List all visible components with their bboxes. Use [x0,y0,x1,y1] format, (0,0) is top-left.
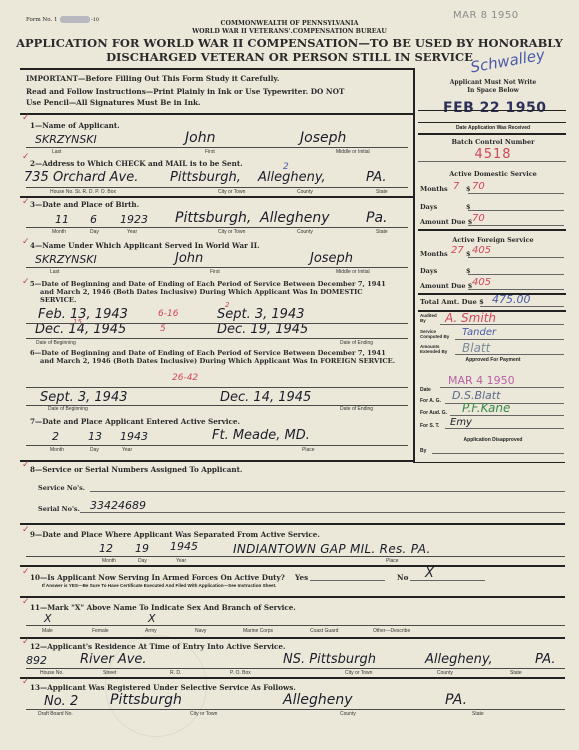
rule [468,289,564,290]
total-value: 475.00 [492,293,531,306]
caption: Month [50,447,64,453]
caption: City or Town [218,189,245,195]
extended-signature: Blatt [462,341,490,355]
caption: Middle or Initial [336,269,370,275]
domestic-note-1: 6-16 [158,309,178,319]
birth-state: Pa. [366,210,387,226]
dom-months-label: Months [420,185,448,193]
rule [26,147,408,148]
caption: First [205,149,215,155]
rule [455,354,564,355]
rule [26,227,408,228]
extended-label: Amounts Extended By [420,344,456,354]
embossed-seal [105,635,207,737]
birth-day: 6 [90,213,97,226]
dom-due-label: Amount Due $ [420,218,472,226]
dom-days-label: Days [420,203,437,211]
aud-g-signature: P.F.Kane [462,401,510,415]
rule [445,428,564,429]
section-5-label-cont: and March 2, 1946 (Both Dates Inclusive)… [40,288,363,296]
approved-date-label: Date [420,387,431,393]
rule [20,523,565,525]
dom-months-amount: 70 [472,181,485,192]
section-1-label: 1—Name of Applicant. [30,121,120,130]
for-due-value: 405 [472,277,491,288]
birth-month: 11 [55,213,69,226]
section-10-note: If Answer is YES—Be Sure To Have Certifi… [42,583,276,588]
check-mark-icon: ✓ [22,597,30,607]
domestic-begin-note-2: 15 [73,318,82,326]
caption: Year [127,229,137,235]
entered-place: Ft. Meade, MD. [212,428,310,443]
option-navy[interactable]: Navy [195,628,206,634]
for-due-label: Amount Due $ [420,282,472,290]
residence-county: Allegheny, [425,652,493,667]
caption: State [376,189,388,195]
agency-name: COMMONWEALTH OF PENNSYLVANIA [0,20,579,27]
draft-state: PA. [445,692,467,708]
computed-signature: Tander [462,327,496,338]
foreign-end: Dec. 14, 1945 [220,390,311,405]
caption: House No. [40,670,64,676]
rule [468,225,564,226]
foreign-note: 26-42 [172,373,198,383]
rule [480,306,564,307]
form-title: APPLICATION FOR WORLD WAR II COMPENSATIO… [0,36,579,50]
section-11-label: 11—Mark "X" Above Name To Indicate Sex A… [30,603,296,612]
check-mark-icon: ✓ [22,525,30,535]
check-mark-icon: ✓ [22,637,30,647]
rule [20,113,413,115]
section-10-label: 10—Is Applicant Now Serving In Armed For… [30,573,285,582]
rule [468,210,564,211]
rule [26,625,565,626]
rule [418,133,566,135]
caption: County [297,229,313,235]
service-numbers-label: Service No's. [38,484,85,492]
foreign-heading: Active Foreign Service [418,236,568,244]
draft-board-number: No. 2 [44,694,78,709]
army-mark: X [148,612,156,625]
check-mark-icon: ✓ [22,460,30,470]
mail-city: Pittsburgh, [170,170,241,185]
rule [432,453,564,454]
caption: Place [302,447,315,453]
caption: Date of Ending [340,340,373,346]
bureau-name: WORLD WAR II VETERANS'.COMPENSATION BURE… [0,28,579,35]
domestic-note-2: 5 [160,324,166,334]
rule [468,193,564,194]
separated-year: 1945 [170,540,198,553]
rule [418,110,566,111]
caption: Date of Ending [340,406,373,412]
service-last-name: SKRZYNSKI [35,253,97,266]
rule [468,257,564,258]
active-duty-yes-field[interactable] [310,580,385,581]
mail-state: PA. [366,170,386,185]
separated-month: 12 [99,542,113,555]
rule [26,323,408,324]
applicant-middle-name: Joseph [300,130,346,146]
approved-date-stamp: MAR 4 1950 [448,374,515,387]
section-8-label: 8—Service or Serial Numbers Assigned To … [30,465,242,474]
rule [26,445,408,446]
rule [26,556,565,557]
caption: First [210,269,220,275]
st-label: For S. T. [420,423,439,429]
aud-g-label: For Aud. G. [420,410,447,416]
option-female[interactable]: Female [92,628,109,634]
rule [26,267,408,268]
check-mark-icon: ✓ [22,237,30,247]
caption: Date of Beginning [48,406,88,412]
option-other[interactable]: Other—Describe [373,628,410,634]
computed-label: Service Computed By [420,329,456,339]
rule [26,709,565,710]
service-middle-name: Joseph [310,251,353,266]
option-marine-corps[interactable]: Marine Corps [243,628,273,634]
separated-place: INDIANTOWN GAP MIL. Res. PA. [233,542,431,556]
approved-heading: Approved For Payment [418,357,568,363]
total-label: Total Amt. Due $ [420,298,484,306]
section-2-label: 2—Address to Which CHECK and MAIL is to … [30,159,243,168]
section-6-label-cont: and March 2, 1946 (Both Dates Inclusive)… [40,357,395,365]
caption: Date of Beginning [36,340,76,346]
instructions-line-2: Read and Follow Instructions—Print Plain… [26,87,344,96]
disapproved-heading: Application Disapproved [418,437,568,443]
section-4-label: 4—Name Under Which Applicant Served In W… [30,241,260,250]
rule [440,387,564,388]
rule [440,324,564,325]
disapproved-by-label: By [420,448,426,454]
rule [26,338,408,339]
section-3-label: 3—Date and Place of Birth. [30,200,139,209]
rule [80,512,565,513]
serial-number: 33424689 [90,499,146,512]
instructions-line-1: IMPORTANT—Before Filling Out This Form S… [26,74,279,83]
batch-label: Batch Control Number [418,138,568,146]
batch-number: 4518 [418,147,568,162]
male-mark: X [44,612,52,625]
entered-month: 2 [52,430,59,443]
check-mark-icon: ✓ [22,152,30,162]
caption: P. O. Box [230,670,251,676]
option-army[interactable]: Army [145,628,157,634]
entered-day: 13 [88,430,102,443]
caption: Month [102,558,116,564]
caption: State [376,229,388,235]
option-male[interactable]: Male [42,628,53,634]
compensation-application-form: Form No. 1 -10 MAR 8 1950 COMMONWEALTH O… [0,0,579,750]
residence-state: PA. [535,652,555,667]
caption: City or Town [345,670,372,676]
domestic-heading: Active Domestic Service [418,170,568,178]
audited-signature: A. Smith [445,311,496,325]
dom-months-value: 7 [453,181,459,192]
caption: Draft Board No. [38,711,73,717]
rule [20,565,565,567]
rule [90,491,565,492]
active-duty-no-field[interactable] [410,580,485,581]
ag-label: For A. G. [420,398,441,404]
caption: Year [176,558,186,564]
residence-city: NS. Pittsburgh [283,652,376,667]
received-label: Date Application Was Received [418,125,568,131]
check-mark-icon: ✓ [22,113,30,123]
section-6-label: 6—Date of Beginning and Date of Ending o… [30,349,386,357]
rule [418,161,566,162]
domestic-begin-1: Feb. 13, 1943 [38,307,128,322]
dollar-sign: $ [466,185,471,193]
active-duty-no-label: No [397,573,408,582]
serial-numbers-label: Serial No's. [38,505,80,513]
instructions-line-3: Use Pencil—All Signatures Must Be in Ink… [26,98,201,107]
draft-county: Allegheny [283,692,353,708]
entered-year: 1943 [120,430,148,443]
for-days-label: Days [420,267,437,275]
for-months-amount: 405 [472,245,491,256]
mail-county: Allegheny, [258,170,326,185]
domestic-end-1: Sept. 3, 1943 [217,307,304,322]
birth-city: Pittsburgh, [175,210,251,226]
office-heading: Applicant Must Not Write [418,79,568,86]
caption: City or Town [218,229,245,235]
check-mark-icon: ✓ [22,567,30,577]
applicant-first-name: John [185,130,215,146]
separated-day: 19 [135,542,149,555]
caption: Day [138,558,147,564]
service-first-name: John [175,251,203,266]
residence-house-number: 892 [26,654,47,667]
section-9-label: 9—Date and Place Where Applicant Was Sep… [30,530,320,539]
caption: State [510,670,522,676]
caption: County [297,189,313,195]
rule [20,196,413,198]
foreign-begin: Sept. 3, 1943 [40,390,127,405]
caption: State [472,711,484,717]
rule [26,387,408,388]
caption: Month [52,229,66,235]
caption: County [437,670,453,676]
section-5-label: 5—Date of Beginning and Date of Ending o… [30,280,386,288]
caption: County [340,711,356,717]
applicant-last-name: SKRZYNSKI [35,133,97,146]
rule [468,274,564,275]
check-mark-icon: ✓ [22,677,30,687]
caption: Year [122,447,132,453]
caption: Place [386,558,399,564]
check-mark-icon: ✓ [22,197,30,207]
active-duty-no-mark: X [425,566,434,581]
rule [455,339,564,340]
birth-county: Allegheny [260,210,330,226]
rule [20,596,565,598]
rule [26,187,408,188]
check-mark-icon: ✓ [22,277,30,287]
office-column-divider [413,68,415,463]
caption: House No. St. R. D. P. O. Box [50,189,116,195]
rule [20,637,565,639]
domestic-end-2: Dec. 19, 1945 [217,322,308,337]
rule [418,122,566,123]
caption: Last [50,269,59,275]
caption: Last [52,149,61,155]
mail-street: 735 Orchard Ave. [24,170,138,185]
for-months-value: 27 [451,245,464,256]
active-duty-yes-label: Yes [295,573,308,582]
audited-label: Audited By [420,313,440,323]
caption: Middle or Initial [336,149,370,155]
rule [20,677,565,679]
received-stamp: FEB 22 1950 [443,100,547,116]
caption: Day [90,229,99,235]
dom-due-value: 70 [472,213,485,224]
header-rule [20,68,413,70]
section-5-label-cont: SERVICE. [40,296,76,304]
rule [418,229,566,231]
section-7-label: 7—Date and Place Applicant Entered Activ… [30,417,240,426]
caption: Day [90,447,99,453]
birth-year: 1923 [120,213,148,226]
rule [450,415,564,416]
office-heading-2: In Space Below [418,87,568,94]
option-coast-guard[interactable]: Coast Guard [310,628,338,634]
st-signature: Emy [450,417,472,428]
rule [20,460,413,462]
rule [413,462,565,463]
for-months-label: Months [420,250,448,258]
